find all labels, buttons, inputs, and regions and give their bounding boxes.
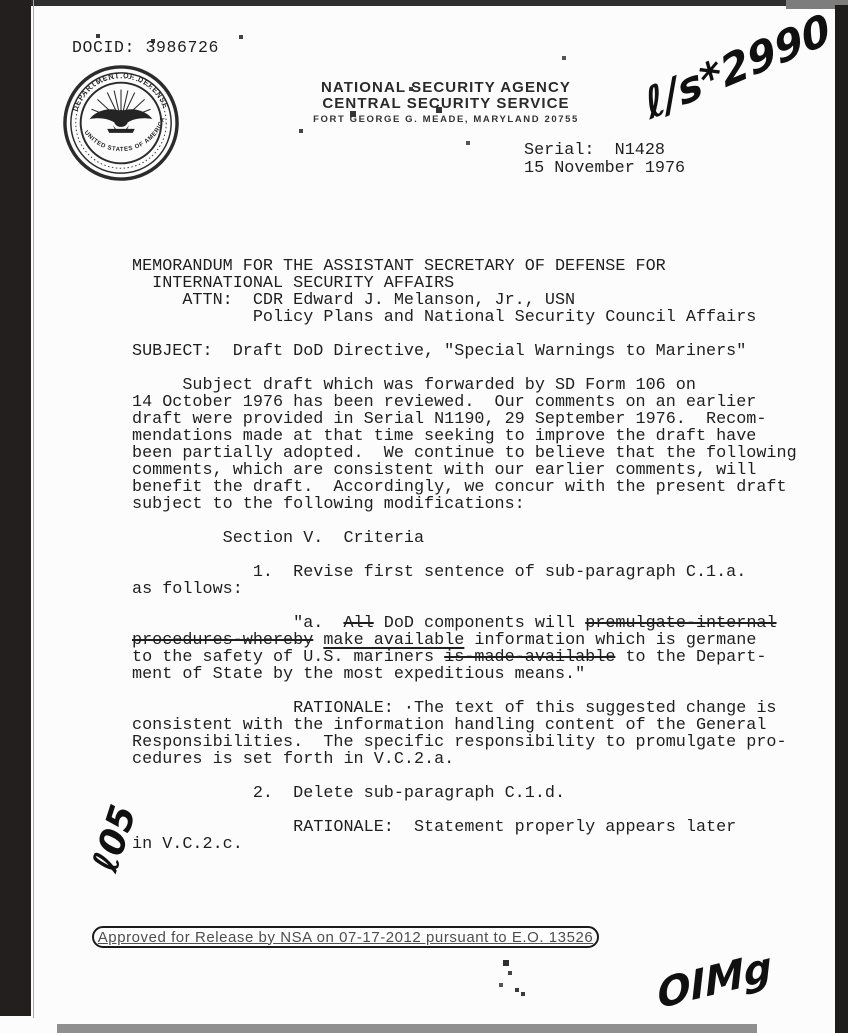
memo-text: cedures is set forth in V.C.2.a. — [132, 750, 454, 769]
memo-line: mendations made at that time seeking to … — [132, 428, 797, 445]
scan-edge-bottom — [57, 1024, 757, 1033]
serial-number: Serial: N1428 — [524, 141, 665, 160]
department-of-defense-seal-icon: DEPARTMENT OF DEFENSE UNITED STATES OF A… — [62, 64, 180, 182]
release-stamp: Approved for Release by NSA on 07-17-201… — [92, 926, 599, 948]
memo-text: Section V. Criteria — [132, 529, 424, 548]
memo-line: Policy Plans and National Security Counc… — [132, 309, 797, 326]
memo-line — [132, 683, 797, 700]
memo-line: RATIONALE: Statement properly appears la… — [132, 819, 797, 836]
memo-text: ment of State by the most expeditious me… — [132, 665, 585, 684]
memo-line: cedures is set forth in V.C.2.a. — [132, 751, 797, 768]
memo-text: Policy Plans and National Security Counc… — [132, 308, 756, 327]
memo-line: procedures-whereby make available inform… — [132, 632, 797, 649]
memo-line — [132, 547, 797, 564]
memo-line: ment of State by the most expeditious me… — [132, 666, 797, 683]
serial-date-block: Serial: N1428 15 November 1976 — [524, 142, 685, 177]
memo-text: 2. Delete sub-paragraph C.1.d. — [132, 784, 565, 803]
memo-line — [132, 513, 797, 530]
scan-edge-top — [0, 0, 848, 6]
memo-line: been partially adopted. We continue to b… — [132, 445, 797, 462]
memo-line: draft were provided in Serial N1190, 29 … — [132, 411, 797, 428]
memo-line: INTERNATIONAL SECURITY AFFAIRS — [132, 275, 797, 292]
memo-text: in V.C.2.c. — [132, 835, 243, 854]
handwritten-initials: OIMg — [656, 944, 773, 1019]
docid-text: DOCID: 3986726 — [72, 38, 219, 57]
memo-line: comments, which are consistent with our … — [132, 462, 797, 479]
memo-line — [132, 802, 797, 819]
letterhead: NATIONAL SECURITY AGENCY CENTRAL SECURIT… — [300, 80, 592, 125]
memo-line — [132, 326, 797, 343]
agency-name: NATIONAL SECURITY AGENCY — [300, 80, 592, 96]
memo-line: as follows: — [132, 581, 797, 598]
handwritten-routing-number: ℓ/s*2990 — [640, 4, 836, 130]
ink-specks — [0, 0, 2, 2]
release-stamp-text: Approved for Release by NSA on 07-17-201… — [98, 929, 594, 946]
memo-line: benefit the draft. Accordingly, we concu… — [132, 479, 797, 496]
memo-line — [132, 768, 797, 785]
memo-line — [132, 598, 797, 615]
memo-text: subject to the following modifications: — [132, 495, 525, 514]
memo-line: Responsibilities. The specific responsib… — [132, 734, 797, 751]
memo-body: MEMORANDUM FOR THE ASSISTANT SECRETARY O… — [132, 258, 797, 853]
memo-line: ATTN: CDR Edward J. Melanson, Jr., USN — [132, 292, 797, 309]
scanned-memo-page: DOCID: 3986726 DEPARTMENT OF DEFENSE UNI… — [0, 0, 848, 1033]
memo-line — [132, 360, 797, 377]
memo-text: as follows: — [132, 580, 243, 599]
service-name: CENTRAL SECURITY SERVICE — [300, 96, 592, 112]
memo-line: "a. All DoD components will premulgate-i… — [132, 615, 797, 632]
memo-line: subject to the following modifications: — [132, 496, 797, 513]
agency-address: FORT GEORGE G. MEADE, MARYLAND 20755 — [300, 114, 592, 125]
memo-line: 1. Revise first sentence of sub-paragrap… — [132, 564, 797, 581]
memo-line: 2. Delete sub-paragraph C.1.d. — [132, 785, 797, 802]
memo-line: to the safety of U.S. mariners is-made-a… — [132, 649, 797, 666]
memo-line: 14 October 1976 has been reviewed. Our c… — [132, 394, 797, 411]
scan-edge-left — [0, 0, 31, 1016]
memo-date: 15 November 1976 — [524, 159, 685, 178]
memo-line: consistent with the information handling… — [132, 717, 797, 734]
page-edge-line — [33, 0, 34, 1018]
memo-line: in V.C.2.c. — [132, 836, 797, 853]
memo-line: SUBJECT: Draft DoD Directive, "Special W… — [132, 343, 797, 360]
memo-line: Subject draft which was forwarded by SD … — [132, 377, 797, 394]
memo-text: to the Depart- — [615, 648, 766, 667]
memo-line: Section V. Criteria — [132, 530, 797, 547]
memo-text: SUBJECT: Draft DoD Directive, "Special W… — [132, 342, 746, 361]
scan-edge-right — [835, 5, 848, 1033]
memo-line: MEMORANDUM FOR THE ASSISTANT SECRETARY O… — [132, 258, 797, 275]
memo-line: RATIONALE: ·The text of this suggested c… — [132, 700, 797, 717]
